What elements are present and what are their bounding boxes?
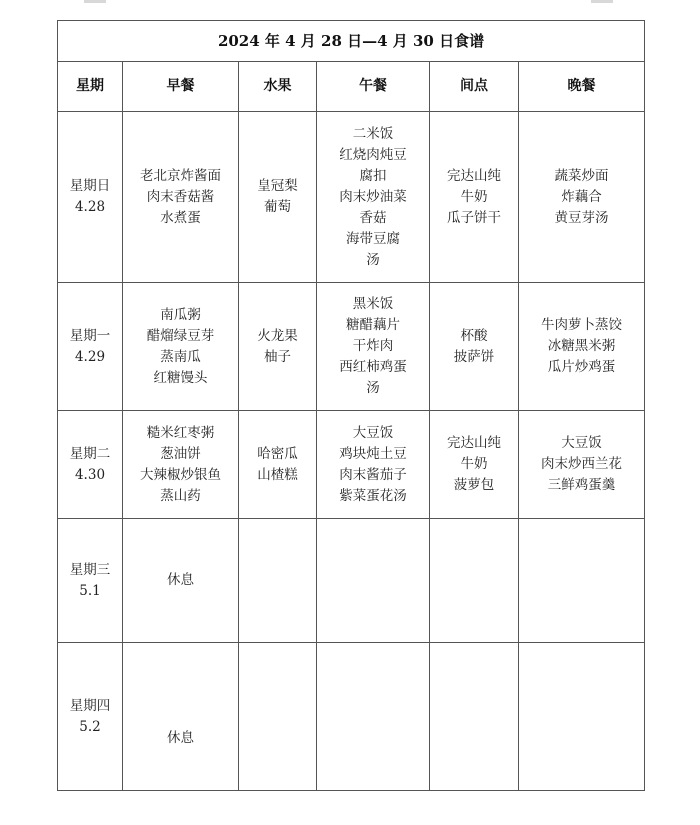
weekday-cell: 星期日4.28 xyxy=(58,112,123,283)
menu-item: 菠萝包 xyxy=(432,475,516,496)
menu-item: 糖醋藕片 xyxy=(319,315,427,336)
menu-item: 牛奶 xyxy=(432,454,516,475)
dinner-cell xyxy=(519,643,645,791)
menu-item: 二米饭 xyxy=(319,124,427,145)
menu-item: 红烧肉炖豆 xyxy=(319,145,427,166)
breakfast-cell: 南瓜粥醋熘绿豆芽蒸南瓜红糖馒头 xyxy=(123,283,239,411)
dinner-cell: 牛肉萝卜蒸饺冰糖黑米粥瓜片炒鸡蛋 xyxy=(519,283,645,411)
menu-item: 肉末炒油菜 xyxy=(319,187,427,208)
menu-item: 大豆饭 xyxy=(319,423,427,444)
fruit-cell: 皇冠梨葡萄 xyxy=(239,112,317,283)
table-row: 星期四5.2休息 xyxy=(58,643,645,791)
weekday-cell: 星期四5.2 xyxy=(58,643,123,791)
breakfast-cell: 糙米红枣粥葱油饼大辣椒炒银鱼蒸山药 xyxy=(123,411,239,519)
menu-item: 醋熘绿豆芽 xyxy=(125,326,236,347)
lunch-cell: 二米饭红烧肉炖豆腐扣肉末炒油菜香菇海带豆腐汤 xyxy=(317,112,430,283)
menu-item: 披萨饼 xyxy=(432,347,516,368)
menu-item: 蔬菜炒面 xyxy=(521,166,642,187)
header-row: 星期 早餐 水果 午餐 间点 晚餐 xyxy=(58,62,645,112)
dinner-cell: 大豆饭肉末炒西兰花三鲜鸡蛋羹 xyxy=(519,411,645,519)
menu-item: 鸡块炖土豆 xyxy=(319,444,427,465)
table-row: 星期日4.28老北京炸酱面肉末香菇酱水煮蛋皇冠梨葡萄二米饭红烧肉炖豆腐扣肉末炒油… xyxy=(58,112,645,283)
table-row: 星期三5.1休息 xyxy=(58,519,645,643)
menu-item: 葡萄 xyxy=(241,197,314,218)
menu-item: 黄豆芽汤 xyxy=(521,208,642,229)
weekday-label: 星期一 xyxy=(60,326,120,347)
page-corner-mark-left xyxy=(84,0,106,3)
menu-item: 紫菜蛋花汤 xyxy=(319,486,427,507)
fruit-cell: 火龙果柚子 xyxy=(239,283,317,411)
menu-item: 瓜子饼干 xyxy=(432,208,516,229)
menu-item: 肉末炒西兰花 xyxy=(521,454,642,475)
page-corner-mark-right xyxy=(591,0,613,3)
menu-item: 瓜片炒鸡蛋 xyxy=(521,357,642,378)
menu-item: 哈密瓜 xyxy=(241,444,314,465)
weekday-cell: 星期三5.1 xyxy=(58,519,123,643)
lunch-cell xyxy=(317,643,430,791)
table-row: 星期一4.29南瓜粥醋熘绿豆芽蒸南瓜红糖馒头火龙果柚子黑米饭糖醋藕片干炸肉西红柿… xyxy=(58,283,645,411)
lunch-cell xyxy=(317,519,430,643)
menu-item: 蒸山药 xyxy=(125,486,236,507)
date-label: 5.2 xyxy=(60,717,120,738)
column-header-breakfast: 早餐 xyxy=(123,62,239,112)
menu-item: 牛肉萝卜蒸饺 xyxy=(521,315,642,336)
menu-item: 完达山纯 xyxy=(432,433,516,454)
menu-item: 肉末香菇酱 xyxy=(125,187,236,208)
menu-item: 红糖馒头 xyxy=(125,368,236,389)
fruit-cell xyxy=(239,519,317,643)
snack-cell: 完达山纯牛奶菠萝包 xyxy=(430,411,519,519)
date-label: 4.29 xyxy=(60,347,120,368)
menu-item: 干炸肉 xyxy=(319,336,427,357)
weekday-cell: 星期一4.29 xyxy=(58,283,123,411)
menu-item: 汤 xyxy=(319,378,427,399)
menu-item: 腐扣 xyxy=(319,166,427,187)
date-label: 5.1 xyxy=(60,581,120,602)
weekday-label: 星期日 xyxy=(60,176,120,197)
menu-item: 冰糖黑米粥 xyxy=(521,336,642,357)
menu-item: 肉末酱茄子 xyxy=(319,465,427,486)
snack-cell xyxy=(430,643,519,791)
fruit-cell: 哈密瓜山楂糕 xyxy=(239,411,317,519)
date-label: 4.30 xyxy=(60,465,120,486)
menu-item: 杯酸 xyxy=(432,326,516,347)
menu-item: 牛奶 xyxy=(432,187,516,208)
column-header-dinner: 晚餐 xyxy=(519,62,645,112)
weekday-label: 星期二 xyxy=(60,444,120,465)
snack-cell: 完达山纯牛奶瓜子饼干 xyxy=(430,112,519,283)
column-header-weekday: 星期 xyxy=(58,62,123,112)
menu-item: 黑米饭 xyxy=(319,294,427,315)
weekday-label: 星期三 xyxy=(60,560,120,581)
menu-item: 汤 xyxy=(319,250,427,271)
menu-item: 完达山纯 xyxy=(432,166,516,187)
menu-item: 大豆饭 xyxy=(521,433,642,454)
menu-item: 老北京炸酱面 xyxy=(125,166,236,187)
breakfast-cell: 休息 xyxy=(123,519,239,643)
breakfast-cell: 休息 xyxy=(123,643,239,791)
table-row: 星期二4.30糙米红枣粥葱油饼大辣椒炒银鱼蒸山药哈密瓜山楂糕大豆饭鸡块炖土豆肉末… xyxy=(58,411,645,519)
menu-item: 柚子 xyxy=(241,347,314,368)
menu-item: 海带豆腐 xyxy=(319,229,427,250)
column-header-snack: 间点 xyxy=(430,62,519,112)
menu-item: 皇冠梨 xyxy=(241,176,314,197)
weekday-cell: 星期二4.30 xyxy=(58,411,123,519)
snack-cell: 杯酸披萨饼 xyxy=(430,283,519,411)
menu-table: 2024 年 4 月 28 日—4 月 30 日食谱 星期 早餐 水果 午餐 间… xyxy=(57,20,645,791)
column-header-lunch: 午餐 xyxy=(317,62,430,112)
title-row: 2024 年 4 月 28 日—4 月 30 日食谱 xyxy=(58,21,645,62)
menu-item: 南瓜粥 xyxy=(125,305,236,326)
snack-cell xyxy=(430,519,519,643)
dinner-cell xyxy=(519,519,645,643)
column-header-fruit: 水果 xyxy=(239,62,317,112)
menu-item: 糙米红枣粥 xyxy=(125,423,236,444)
menu-item: 休息 xyxy=(125,570,236,591)
menu-item: 火龙果 xyxy=(241,326,314,347)
menu-item: 炸藕合 xyxy=(521,187,642,208)
menu-item: 大辣椒炒银鱼 xyxy=(125,465,236,486)
fruit-cell xyxy=(239,643,317,791)
menu-item: 西红柿鸡蛋 xyxy=(319,357,427,378)
menu-item: 水煮蛋 xyxy=(125,208,236,229)
menu-item: 葱油饼 xyxy=(125,444,236,465)
menu-item: 山楂糕 xyxy=(241,465,314,486)
breakfast-cell: 老北京炸酱面肉末香菇酱水煮蛋 xyxy=(123,112,239,283)
dinner-cell: 蔬菜炒面炸藕合黄豆芽汤 xyxy=(519,112,645,283)
menu-item: 休息 xyxy=(125,728,236,749)
date-label: 4.28 xyxy=(60,197,120,218)
lunch-cell: 大豆饭鸡块炖土豆肉末酱茄子紫菜蛋花汤 xyxy=(317,411,430,519)
menu-title: 2024 年 4 月 28 日—4 月 30 日食谱 xyxy=(58,21,645,62)
menu-item: 蒸南瓜 xyxy=(125,347,236,368)
weekday-label: 星期四 xyxy=(60,696,120,717)
menu-item: 三鲜鸡蛋羹 xyxy=(521,475,642,496)
lunch-cell: 黑米饭糖醋藕片干炸肉西红柿鸡蛋汤 xyxy=(317,283,430,411)
menu-item: 香菇 xyxy=(319,208,427,229)
